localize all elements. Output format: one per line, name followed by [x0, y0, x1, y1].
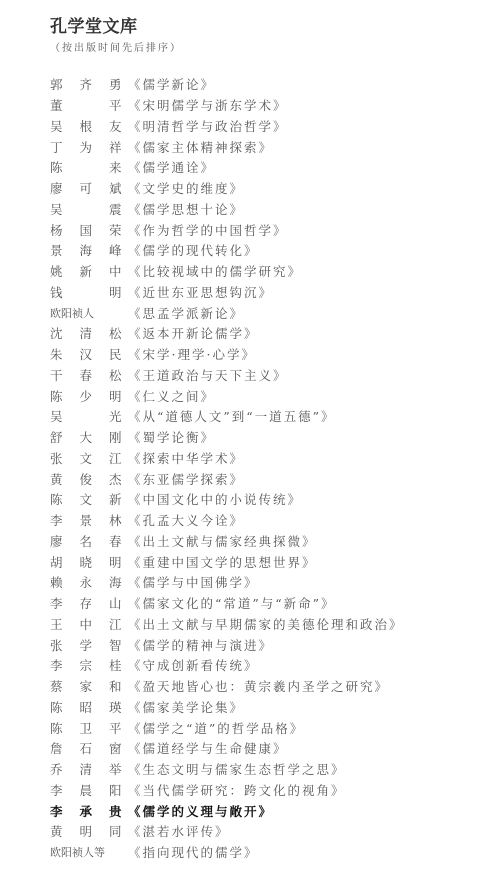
author-char — [80, 96, 93, 114]
book-author: 李承贵 — [50, 802, 128, 820]
book-author: 丁为祥 — [50, 138, 128, 156]
book-row: 姚新中《比较视域中的儒学研究》 — [50, 261, 404, 282]
book-author: 李宗桂 — [50, 656, 128, 674]
author-char: 黄 — [50, 822, 63, 840]
author-char: 松 — [109, 366, 122, 384]
book-author: 欧阳祯人 — [50, 305, 128, 321]
author-char: 明 — [109, 387, 122, 405]
book-row: 黄明同《湛若水评传》 — [50, 821, 404, 842]
book-title: 《作为哲学的中国哲学》 — [128, 221, 288, 239]
author-char: 李 — [50, 594, 63, 612]
author-char: 景 — [80, 511, 93, 529]
page-subtitle: （按出版时间先后排序） — [50, 39, 182, 54]
author-char: 永 — [80, 573, 93, 591]
book-title: 《儒家主体精神探索》 — [128, 138, 273, 156]
book-title: 《王道政治与天下主义》 — [128, 366, 288, 384]
author-char: 名 — [80, 532, 93, 550]
book-title: 《儒家美学论集》 — [128, 698, 244, 716]
book-row: 李存山《儒家文化的“常道”与“新命”》 — [50, 593, 404, 614]
book-title: 《近世东亚思想钩沉》 — [128, 283, 273, 301]
author-char: 陈 — [50, 387, 63, 405]
book-row: 欧阳祯人《思孟学派新论》 — [50, 302, 404, 323]
book-row: 李承贵《儒学的义理与敞开》 — [50, 800, 404, 821]
author-char: 张 — [50, 449, 63, 467]
author-char: 杰 — [109, 470, 122, 488]
book-author: 王中江 — [50, 615, 128, 633]
book-title: 《返本开新论儒学》 — [128, 324, 259, 342]
author-char: 震 — [109, 200, 122, 218]
author-char: 晓 — [80, 553, 93, 571]
author-char: 中 — [109, 262, 122, 280]
author-char: 勇 — [109, 75, 122, 93]
author-char: 新 — [80, 262, 93, 280]
book-title: 《东亚儒学探索》 — [128, 470, 244, 488]
book-author: 钱明 — [50, 283, 128, 301]
author-char: 存 — [80, 594, 93, 612]
book-author: 张文江 — [50, 449, 128, 467]
author-char: 陈 — [50, 698, 63, 716]
author-char: 李 — [50, 656, 63, 674]
book-title: 《孔孟大义今诠》 — [128, 511, 244, 529]
book-row: 吴震《儒学思想十论》 — [50, 199, 404, 220]
book-author: 董平 — [50, 96, 128, 114]
author-char: 少 — [80, 387, 93, 405]
book-row: 陈文新《中国文化中的小说传统》 — [50, 489, 404, 510]
author-char: 峰 — [109, 241, 122, 259]
author-char: 石 — [80, 739, 93, 757]
page-title: 孔学堂文库 — [50, 12, 138, 37]
author-char: 蔡 — [50, 677, 63, 695]
author-char: 祥 — [109, 138, 122, 156]
author-char — [80, 283, 93, 301]
book-title: 《儒学之“道”的哲学品格》 — [128, 719, 304, 737]
book-title: 《生态文明与儒家生态哲学之思》 — [128, 760, 346, 778]
author-char — [80, 158, 93, 176]
author-char: 晨 — [80, 781, 93, 799]
book-author: 廖可斌 — [50, 179, 128, 197]
author-char: 张 — [50, 636, 63, 654]
book-row: 丁为祥《儒家主体精神探索》 — [50, 136, 404, 157]
author-char: 明 — [80, 822, 93, 840]
book-row: 胡晓明《重建中国文学的思想世界》 — [50, 551, 404, 572]
book-row: 吴光《从“道德人文”到“一道五德”》 — [50, 406, 404, 427]
book-row: 王中江《出土文献与早期儒家的美德伦理和政治》 — [50, 614, 404, 635]
author-char: 丁 — [50, 138, 63, 156]
book-author: 杨国荣 — [50, 221, 128, 239]
author-char — [80, 200, 93, 218]
author-char: 春 — [109, 532, 122, 550]
author-char: 中 — [80, 615, 93, 633]
book-title: 《儒学通诠》 — [128, 158, 215, 176]
author-char: 平 — [109, 96, 122, 114]
book-title: 《守成创新看传统》 — [128, 656, 259, 674]
book-author: 詹石窗 — [50, 739, 128, 757]
book-row: 赖永海《儒学与中国佛学》 — [50, 572, 404, 593]
book-author: 吴光 — [50, 407, 128, 425]
author-char: 林 — [109, 511, 122, 529]
author-char: 江 — [109, 449, 122, 467]
book-author: 陈文新 — [50, 490, 128, 508]
author-char: 家 — [80, 677, 93, 695]
book-title: 《探索中华学术》 — [128, 449, 244, 467]
book-title: 《明清哲学与政治哲学》 — [128, 117, 288, 135]
book-title: 《思孟学派新论》 — [128, 304, 244, 322]
author-char: 朱 — [50, 345, 63, 363]
book-row: 陈昭瑛《儒家美学论集》 — [50, 697, 404, 718]
book-author: 沈清松 — [50, 324, 128, 342]
author-char: 钱 — [50, 283, 63, 301]
book-row: 廖名春《出土文献与儒家经典探微》 — [50, 531, 404, 552]
author-char: 民 — [109, 345, 122, 363]
book-row: 陈来《儒学通诠》 — [50, 157, 404, 178]
book-title: 《文学史的维度》 — [128, 179, 244, 197]
author-char: 新 — [109, 490, 122, 508]
book-author: 朱汉民 — [50, 345, 128, 363]
author-char: 刚 — [109, 428, 122, 446]
book-author: 陈卫平 — [50, 719, 128, 737]
author-char: 根 — [80, 117, 93, 135]
author-char: 胡 — [50, 553, 63, 571]
book-row: 钱明《近世东亚思想钩沉》 — [50, 282, 404, 303]
author-char: 举 — [109, 760, 122, 778]
book-title: 《宋学·理学·心学》 — [128, 345, 256, 363]
author-char: 山 — [109, 594, 122, 612]
author-char: 大 — [80, 428, 93, 446]
book-title: 《中国文化中的小说传统》 — [128, 490, 302, 508]
book-title: 《重建中国文学的思想世界》 — [128, 553, 317, 571]
book-row: 吴根友《明清哲学与政治哲学》 — [50, 116, 404, 137]
author-char: 为 — [80, 138, 93, 156]
author-char: 清 — [80, 324, 93, 342]
author-char: 承 — [80, 802, 93, 820]
author-char: 赖 — [50, 573, 63, 591]
author-char: 李 — [50, 802, 63, 820]
author-char: 松 — [109, 324, 122, 342]
book-title: 《盈天地皆心也：黄宗羲内圣学之研究》 — [128, 677, 389, 695]
book-row: 干春松《王道政治与天下主义》 — [50, 365, 404, 386]
author-char — [80, 407, 93, 425]
book-row: 詹石窗《儒道经学与生命健康》 — [50, 738, 404, 759]
book-row: 乔清举《生态文明与儒家生态哲学之思》 — [50, 759, 404, 780]
book-author: 欧阳祯人等 — [50, 844, 128, 860]
author-char: 阳 — [109, 781, 122, 799]
book-author: 干春松 — [50, 366, 128, 384]
book-author: 李景林 — [50, 511, 128, 529]
book-row: 陈卫平《儒学之“道”的哲学品格》 — [50, 717, 404, 738]
book-title: 《宋明儒学与浙东学术》 — [128, 96, 288, 114]
book-author: 胡晓明 — [50, 553, 128, 571]
book-row: 蔡家和《盈天地皆心也：黄宗羲内圣学之研究》 — [50, 676, 404, 697]
book-author: 吴震 — [50, 200, 128, 218]
author-char: 吴 — [50, 200, 63, 218]
book-row: 沈清松《返本开新论儒学》 — [50, 323, 404, 344]
book-title: 《从“道德人文”到“一道五德”》 — [128, 407, 336, 425]
author-char: 可 — [80, 179, 93, 197]
author-char: 陈 — [50, 158, 63, 176]
book-row: 李宗桂《守成创新看传统》 — [50, 655, 404, 676]
book-title: 《当代儒学研究：跨文化的视角》 — [128, 781, 346, 799]
book-title: 《仁义之间》 — [128, 387, 215, 405]
book-title: 《儒道经学与生命健康》 — [128, 739, 288, 757]
book-author: 张学智 — [50, 636, 128, 654]
book-title: 《儒学的精神与演进》 — [128, 636, 273, 654]
author-char: 和 — [109, 677, 122, 695]
book-author: 舒大刚 — [50, 428, 128, 446]
author-char: 汉 — [80, 345, 93, 363]
author-char: 董 — [50, 96, 63, 114]
author-char: 廖 — [50, 532, 63, 550]
author-char: 光 — [109, 407, 122, 425]
author-char: 廖 — [50, 179, 63, 197]
author-char: 卫 — [80, 719, 93, 737]
book-author: 陈来 — [50, 158, 128, 176]
author-char: 窗 — [109, 739, 122, 757]
book-author: 廖名春 — [50, 532, 128, 550]
author-char: 贵 — [109, 802, 122, 820]
book-author: 景海峰 — [50, 241, 128, 259]
book-author: 姚新中 — [50, 262, 128, 280]
book-title: 《湛若水评传》 — [128, 822, 230, 840]
book-row: 舒大刚《蜀学论衡》 — [50, 427, 404, 448]
author-char: 江 — [109, 615, 122, 633]
author-char: 斌 — [109, 179, 122, 197]
author-char: 舒 — [50, 428, 63, 446]
book-row: 张学智《儒学的精神与演进》 — [50, 634, 404, 655]
book-author: 乔清举 — [50, 760, 128, 778]
author-char: 王 — [50, 615, 63, 633]
book-author: 吴根友 — [50, 117, 128, 135]
author-char: 同 — [109, 822, 122, 840]
book-row: 郭齐勇《儒学新论》 — [50, 74, 404, 95]
author-char: 平 — [109, 719, 122, 737]
book-list: 郭齐勇《儒学新论》董平《宋明儒学与浙东学术》吴根友《明清哲学与政治哲学》丁为祥《… — [50, 74, 404, 863]
book-row: 欧阳祯人等《指向现代的儒学》 — [50, 842, 404, 863]
author-char: 瑛 — [109, 698, 122, 716]
author-char: 陈 — [50, 719, 63, 737]
book-row: 张文江《探索中华学术》 — [50, 448, 404, 469]
author-char: 乔 — [50, 760, 63, 778]
book-title: 《儒学的现代转化》 — [128, 241, 259, 259]
author-char: 海 — [80, 241, 93, 259]
book-title: 《出土文献与早期儒家的美德伦理和政治》 — [128, 615, 404, 633]
author-char: 詹 — [50, 739, 63, 757]
author-char: 荣 — [109, 221, 122, 239]
author-char: 文 — [80, 490, 93, 508]
book-row: 陈少明《仁义之间》 — [50, 385, 404, 406]
author-char: 杨 — [50, 221, 63, 239]
book-title: 《比较视域中的儒学研究》 — [128, 262, 302, 280]
author-char: 姚 — [50, 262, 63, 280]
author-char: 昭 — [80, 698, 93, 716]
author-char: 陈 — [50, 490, 63, 508]
book-title: 《儒家文化的“常道”与“新命”》 — [128, 594, 336, 612]
author-char: 齐 — [80, 75, 93, 93]
author-char: 海 — [109, 573, 122, 591]
book-title: 《儒学新论》 — [128, 75, 215, 93]
book-title: 《指向现代的儒学》 — [128, 843, 259, 861]
author-char: 明 — [109, 553, 122, 571]
author-char: 吴 — [50, 407, 63, 425]
book-row: 朱汉民《宋学·理学·心学》 — [50, 344, 404, 365]
author-char: 吴 — [50, 117, 63, 135]
book-title: 《儒学的义理与敞开》 — [128, 802, 273, 820]
book-title: 《蜀学论衡》 — [128, 428, 215, 446]
book-author: 李存山 — [50, 594, 128, 612]
book-author: 李晨阳 — [50, 781, 128, 799]
author-char: 李 — [50, 511, 63, 529]
author-char: 友 — [109, 117, 122, 135]
author-char: 沈 — [50, 324, 63, 342]
book-author: 黄俊杰 — [50, 470, 128, 488]
author-char: 俊 — [80, 470, 93, 488]
book-title: 《儒学思想十论》 — [128, 200, 244, 218]
author-char: 春 — [80, 366, 93, 384]
author-char: 学 — [80, 636, 93, 654]
author-char: 郭 — [50, 75, 63, 93]
author-char: 景 — [50, 241, 63, 259]
author-char: 宗 — [80, 656, 93, 674]
book-title: 《出土文献与儒家经典探微》 — [128, 532, 317, 550]
author-char: 桂 — [109, 656, 122, 674]
book-title: 《儒学与中国佛学》 — [128, 573, 259, 591]
book-row: 李景林《孔孟大义今诠》 — [50, 510, 404, 531]
book-row: 李晨阳《当代儒学研究：跨文化的视角》 — [50, 780, 404, 801]
author-char: 国 — [80, 221, 93, 239]
author-char: 来 — [109, 158, 122, 176]
book-row: 董平《宋明儒学与浙东学术》 — [50, 95, 404, 116]
book-author: 黄明同 — [50, 822, 128, 840]
book-row: 景海峰《儒学的现代转化》 — [50, 240, 404, 261]
author-char: 干 — [50, 366, 63, 384]
book-author: 蔡家和 — [50, 677, 128, 695]
author-char: 黄 — [50, 470, 63, 488]
book-author: 陈昭瑛 — [50, 698, 128, 716]
book-author: 陈少明 — [50, 387, 128, 405]
book-row: 黄俊杰《东亚儒学探索》 — [50, 468, 404, 489]
author-char: 清 — [80, 760, 93, 778]
book-author: 郭齐勇 — [50, 75, 128, 93]
author-char: 文 — [80, 449, 93, 467]
author-char: 智 — [109, 636, 122, 654]
author-char: 李 — [50, 781, 63, 799]
book-author: 赖永海 — [50, 573, 128, 591]
book-row: 杨国荣《作为哲学的中国哲学》 — [50, 219, 404, 240]
book-row: 廖可斌《文学史的维度》 — [50, 178, 404, 199]
author-char: 明 — [109, 283, 122, 301]
